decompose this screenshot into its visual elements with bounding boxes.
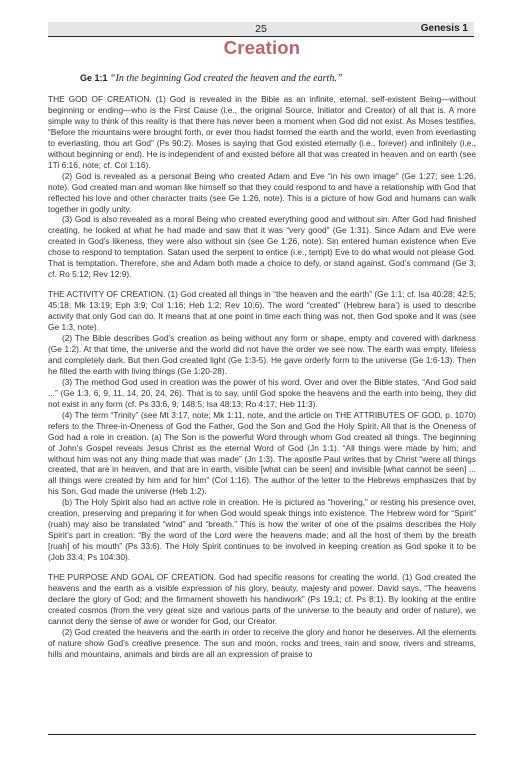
section-heading: THE GOD OF CREATION.: [48, 94, 152, 104]
page-header: 25 Genesis 1: [48, 22, 474, 37]
section-god-of-creation: THE GOD OF CREATION. (1) God is revealed…: [48, 94, 476, 171]
key-verse: Ge 1:1 “In the beginning God created the…: [80, 73, 342, 84]
section-purpose-of-creation: THE PURPOSE AND GOAL OF CREATION. God ha…: [48, 572, 476, 627]
paragraph: (3) God is also revealed as a moral Bein…: [48, 214, 476, 280]
verse-quote: “In the beginning God created the heaven…: [110, 73, 342, 84]
section-heading: THE ACTIVITY OF CREATION.: [48, 289, 165, 299]
paragraph: (2) God created the heavens and the eart…: [48, 627, 476, 660]
paragraph: (b) The Holy Spirit also had an active r…: [48, 497, 476, 563]
verse-reference: Ge 1:1: [80, 73, 108, 83]
page-number: 25: [48, 22, 474, 36]
section-activity-of-creation: THE ACTIVITY OF CREATION. (1) God create…: [48, 289, 476, 333]
bottom-rule: [48, 734, 476, 735]
paragraph: (4) The term “Trinity” (see Mt 3:17, not…: [48, 410, 476, 498]
paragraph: (2) God is revealed as a personal Being …: [48, 171, 476, 215]
page-title: Creation: [0, 37, 524, 59]
article-body: THE GOD OF CREATION. (1) God is revealed…: [48, 94, 476, 660]
paragraph: (3) The method God used in creation was …: [48, 377, 476, 410]
paragraph: (2) The Bible describes God’s creation a…: [48, 333, 476, 377]
section-heading: THE PURPOSE AND GOAL OF CREATION.: [48, 572, 216, 582]
running-head: Genesis 1: [421, 22, 468, 36]
paragraph-text: (1) God is revealed in the Bible as an i…: [48, 94, 476, 170]
